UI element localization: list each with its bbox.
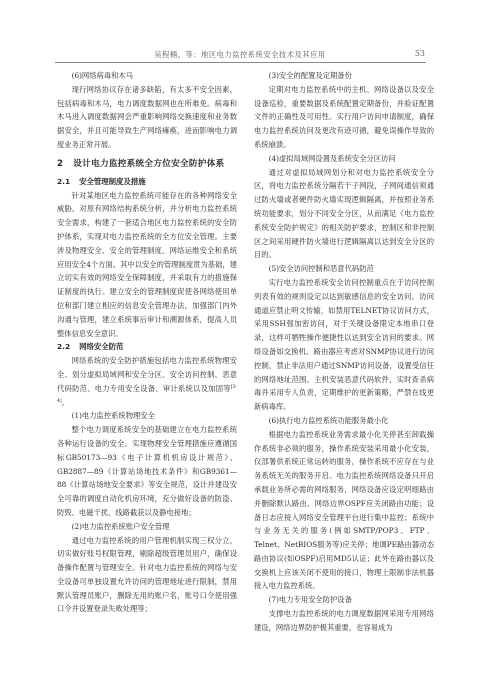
running-header-title: 吴程楠，等：地区电力监控系统安全技术及其应用 (55, 50, 425, 60)
section-2-1-number: 2.1 (57, 177, 70, 186)
item6-heading: (6)网络病毒和木马 (57, 69, 237, 83)
sub6-paragraph: 根据电力监控系统业务需求最小化关停甚至卸载操作系统非必须的服务，操作系统安装采用… (254, 428, 434, 594)
section-2-1-paragraph: 针对某地区电力监控系统可能存在的各种网络安全威胁，对原有网络结构系统分析，并分析… (57, 189, 237, 341)
section-2-2-paragraph: 网络系统的安全防护措施包括电力监控系统物理安全、划分虚拟局域网和安全分区、安全访… (57, 354, 237, 409)
running-header: 吴程楠，等：地区电力监控系统安全技术及其应用 53 (55, 50, 425, 62)
right-column: (3)安全的配置及定期备份 定期对电力监控系统中的主机、网络设备以及安全设备巡检… (254, 69, 434, 635)
sub4-paragraph: 通过对虚拟局域网划分和对电力监控系统安全分区，将电力监控系统分隔若干子网段，子网… (254, 166, 434, 263)
sub3-paragraph: 定期对电力监控系统中的主机、网络设备以及安全设备巡检，重要数据及系统配置定期备份… (254, 83, 434, 152)
sub1-heading: (1)电力监控系统物理安全 (57, 409, 237, 423)
sub2-heading: (2)电力监控系统账户安全管理 (57, 520, 237, 534)
sub4-heading: (4)虚拟局域网设置及系统安全分区访问 (254, 152, 434, 166)
sub6-heading: (6)执行电力监控系统功能服务最小化 (254, 414, 434, 428)
sub2-paragraph: 通过电力监控系统的用户管理机制实现三权分立，切实做好账号权限管理，剔除超级管理员… (57, 534, 237, 617)
sub3-heading: (3)安全的配置及定期备份 (254, 69, 434, 83)
sub1-paragraph: 整个电力调度系统安全的基础建立在电力监控系统各种运行设备的安全。实现物理安全管理… (57, 423, 237, 520)
section-2-2-heading: 2.2网络安全防范 (57, 340, 237, 354)
page-number: 53 (415, 49, 425, 58)
sub5-heading: (5)安全访问控制和恶意代码防范 (254, 262, 434, 276)
header-divider (55, 62, 426, 63)
section-2-1-heading: 2.1安全管理制度及措施 (57, 175, 237, 189)
item6-paragraph: 现行网络协议存在诸多缺陷，有太多不安全因素，包括病毒和木马，电力调度数据网也在所… (57, 83, 237, 152)
sub5-paragraph: 实行电力监控系统安全访问控制重点在于访问控制列表有效的规则设定以达到敏感信息的安… (254, 276, 434, 414)
section-2-1-title: 安全管理制度及措施 (79, 177, 146, 186)
section-2-2-number: 2.2 (57, 342, 70, 351)
section-2-2-end: 。 (62, 398, 69, 407)
sub7-heading: (7)电力专用安全防护设备 (254, 593, 434, 607)
left-column: (6)网络病毒和木马 现行网络协议存在诸多缺陷，有太多不安全因素，包括病毒和木马… (57, 69, 237, 616)
section-2-2-title: 网络安全防范 (79, 342, 123, 351)
sub7-paragraph: 支撑电力监控系统的电力调度数据网采用专用网络建设，网络边界防护极其重要，也容易成… (254, 607, 434, 635)
section-2-title: 设计电力监控系统全方位安全防护体系 (73, 159, 224, 169)
section-2-2-text: 网络系统的安全防护措施包括电力监控系统物理安全、划分虚拟局域网和安全分区、安全访… (57, 356, 237, 393)
section-2-number: 2 (57, 159, 63, 169)
section-2-heading: 2设计电力监控系统全方位安全防护体系 (57, 157, 237, 171)
